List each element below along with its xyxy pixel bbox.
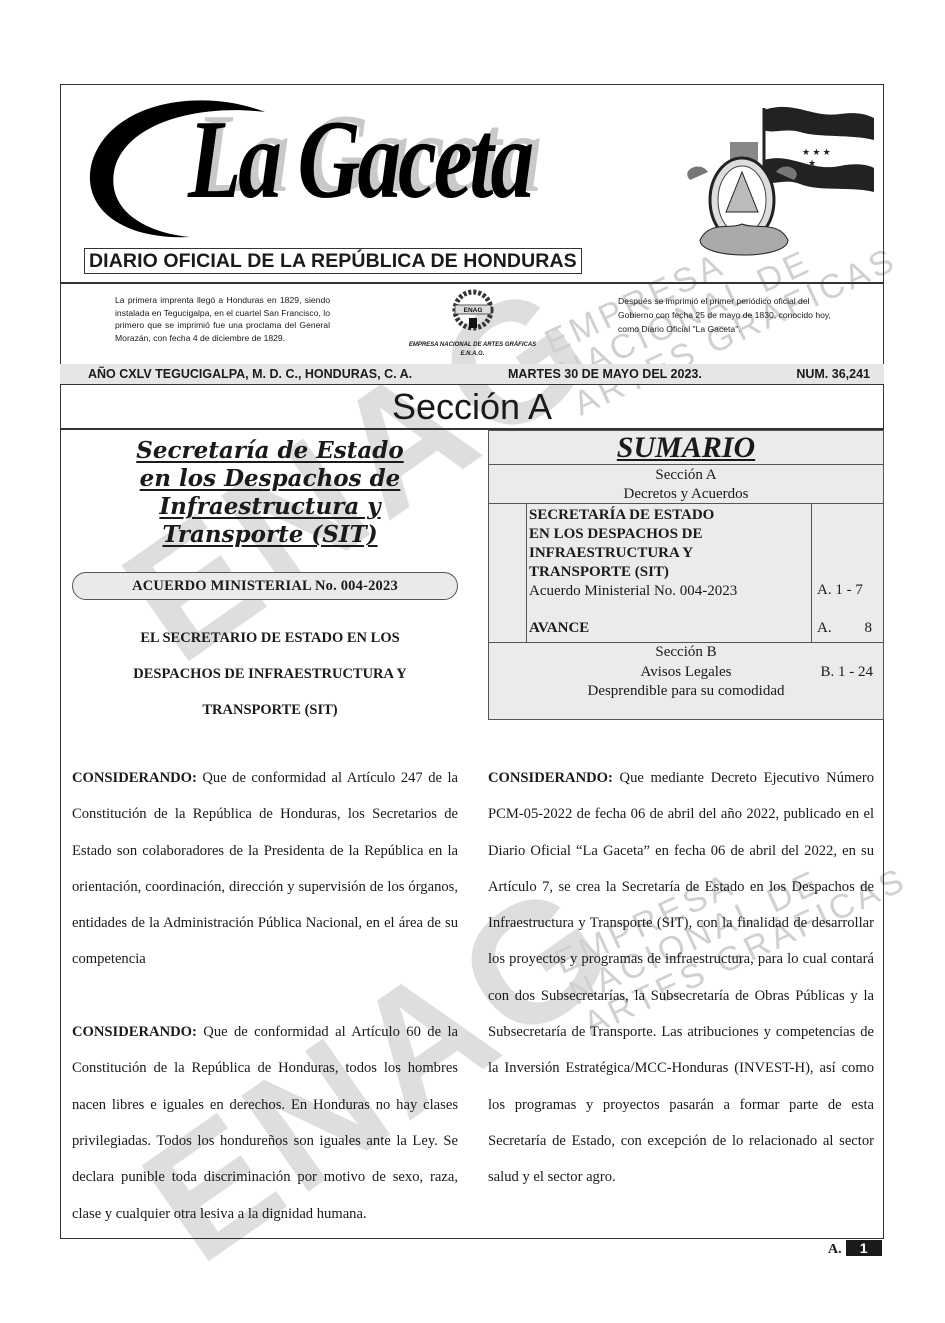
svg-text:★ ★ ★: ★ ★ ★ (802, 147, 831, 157)
acuerdo-number: ACUERDO MINISTERIAL No. 004-2023 (72, 572, 458, 600)
svg-text:ENAG: ENAG (463, 307, 482, 314)
year-place: AÑO CXLV TEGUCIGALPA, M. D. C., HONDURAS… (88, 364, 412, 384)
enag-logo: ENAG EMPRESA NACIONAL DE ARTES GRÁFICAS … (405, 288, 540, 359)
sumario-entry-pages: A. 1 - 7 (817, 582, 863, 599)
considerando-lead: CONSIDERANDO: (72, 1024, 197, 1040)
sumario-avance-prefix: A. (817, 620, 832, 636)
sumario-entry-item: Acuerdo Ministerial No. 004-2023 (529, 582, 809, 601)
body-column-left: CONSIDERANDO: Que de conformidad al Artí… (72, 760, 458, 1232)
page-number: A.1 (828, 1240, 882, 1258)
sumario-title: SUMARIO (489, 431, 883, 465)
dateline: AÑO CXLV TEGUCIGALPA, M. D. C., HONDURAS… (60, 364, 884, 385)
page-number-box: 1 (846, 1240, 882, 1256)
issue-number: NUM. 36,241 (796, 364, 870, 384)
sumario-entry-heading: SECRETARÍA DE ESTADO (529, 506, 809, 525)
sumario-entry-heading: INFRAESTRUCTURA Y (529, 544, 809, 563)
sumario-avance-pages: A. 8 (817, 620, 872, 637)
sumario-avance[interactable]: AVANCE (529, 620, 589, 637)
logo-title: La Gaceta (188, 104, 531, 216)
body-column-right: CONSIDERANDO: Que mediante Decreto Ejecu… (488, 760, 874, 1196)
sumario-entries: SECRETARÍA DE ESTADO EN LOS DESPACHOS DE… (489, 504, 883, 643)
considerando-text: Que mediante Decreto Ejecutivo Número PC… (488, 770, 874, 1185)
institution-line: Infraestructura y (159, 493, 380, 521)
considerando-text: Que de conformidad al Artículo 60 de la … (72, 1024, 458, 1221)
sumario-entry[interactable]: SECRETARÍA DE ESTADO EN LOS DESPACHOS DE… (529, 506, 809, 601)
secretario-line: TRANSPORTE (SIT) (70, 692, 470, 728)
secretario-line: EL SECRETARIO DE ESTADO EN LOS (70, 620, 470, 656)
considerando-paragraph: CONSIDERANDO: Que mediante Decreto Ejecu… (488, 760, 874, 1196)
section-title: Sección A (60, 384, 884, 430)
sumario-title-text: SUMARIO (617, 431, 755, 464)
institution-line: Transporte (SIT) (162, 521, 377, 549)
history-note-left: La primera imprenta llegó a Honduras en … (115, 294, 330, 344)
issue-date: MARTES 30 DE MAYO DEL 2023. (508, 364, 702, 384)
sumario-box: SUMARIO Sección A Decretos y Acuerdos SE… (488, 430, 884, 720)
page-prefix: A. (828, 1242, 842, 1257)
considerando-lead: CONSIDERANDO: (488, 770, 613, 786)
secretario-line: DESPACHOS DE INFRAESTRUCTURA Y (70, 656, 470, 692)
sumario-avance-page: 8 (865, 620, 873, 637)
history-note-right: Después se imprimió el primer periódico … (618, 294, 838, 336)
enag-gear-icon: ENAG (451, 288, 495, 336)
sumario-section-a: Sección A Decretos y Acuerdos (489, 465, 883, 504)
history-strip: La primera imprenta llegó a Honduras en … (60, 284, 884, 366)
sumario-section-b-label: Sección B (489, 643, 883, 663)
considerando-paragraph: CONSIDERANDO: Que de conformidad al Artí… (72, 1014, 458, 1232)
institution-line: Secretaría de Estado (136, 437, 403, 465)
sumario-entry-heading: EN LOS DESPACHOS DE (529, 525, 809, 544)
considerando-text: Que de conformidad al Artículo 247 de la… (72, 770, 458, 967)
sumario-section-a-sub: Decretos y Acuerdos (489, 485, 883, 504)
institution-title: Secretaría de Estado en los Despachos de… (70, 437, 470, 549)
sumario-section-b[interactable]: Sección B Avisos Legales B. 1 - 24 Despr… (489, 643, 883, 702)
sumario-section-a-label: Sección A (489, 466, 883, 485)
honduras-coat-of-arms-flag-icon: ★ ★ ★ ★ (660, 100, 880, 270)
considerando-paragraph: CONSIDERANDO: Que de conformidad al Artí… (72, 760, 458, 978)
sumario-entry-heading: TRANSPORTE (SIT) (529, 563, 809, 582)
masthead: La Gaceta DIARIO OFICIAL DE LA REPÚBLICA… (60, 84, 884, 284)
svg-text:★: ★ (808, 158, 816, 168)
considerando-lead: CONSIDERANDO: (72, 770, 197, 786)
institution-line: en los Despachos de (140, 465, 401, 493)
sumario-section-b-note: Desprendible para su comodidad (489, 682, 883, 702)
sumario-section-b-pages: B. 1 - 24 (821, 663, 874, 683)
enag-name: EMPRESA NACIONAL DE ARTES GRÁFICAS (405, 341, 540, 350)
masthead-subtitle: DIARIO OFICIAL DE LA REPÚBLICA DE HONDUR… (84, 248, 582, 274)
enag-abbr: E.N.A.G. (405, 350, 540, 359)
secretario-heading: EL SECRETARIO DE ESTADO EN LOS DESPACHOS… (70, 620, 470, 728)
